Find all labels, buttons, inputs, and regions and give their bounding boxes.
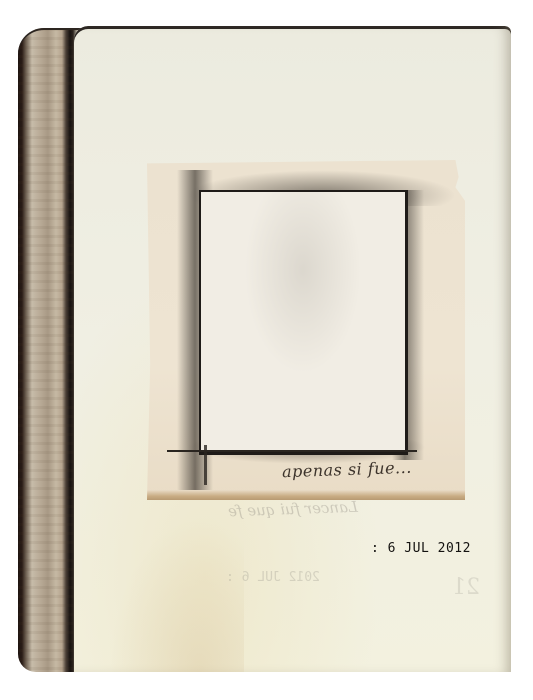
date-stamp: : 6 JUL 2012 <box>371 541 471 556</box>
inner-frame-paper <box>199 190 408 455</box>
torn-edge-stain <box>147 490 465 500</box>
show-through-stamp: 2012 JUL 6 : <box>226 570 320 585</box>
collage-paper: apenas si fue... <box>147 160 465 500</box>
show-through-page-number: 21 <box>452 575 480 600</box>
handwritten-caption: apenas si fue... <box>282 458 412 482</box>
frame-corner-stroke <box>204 445 207 485</box>
water-stain <box>94 492 244 672</box>
